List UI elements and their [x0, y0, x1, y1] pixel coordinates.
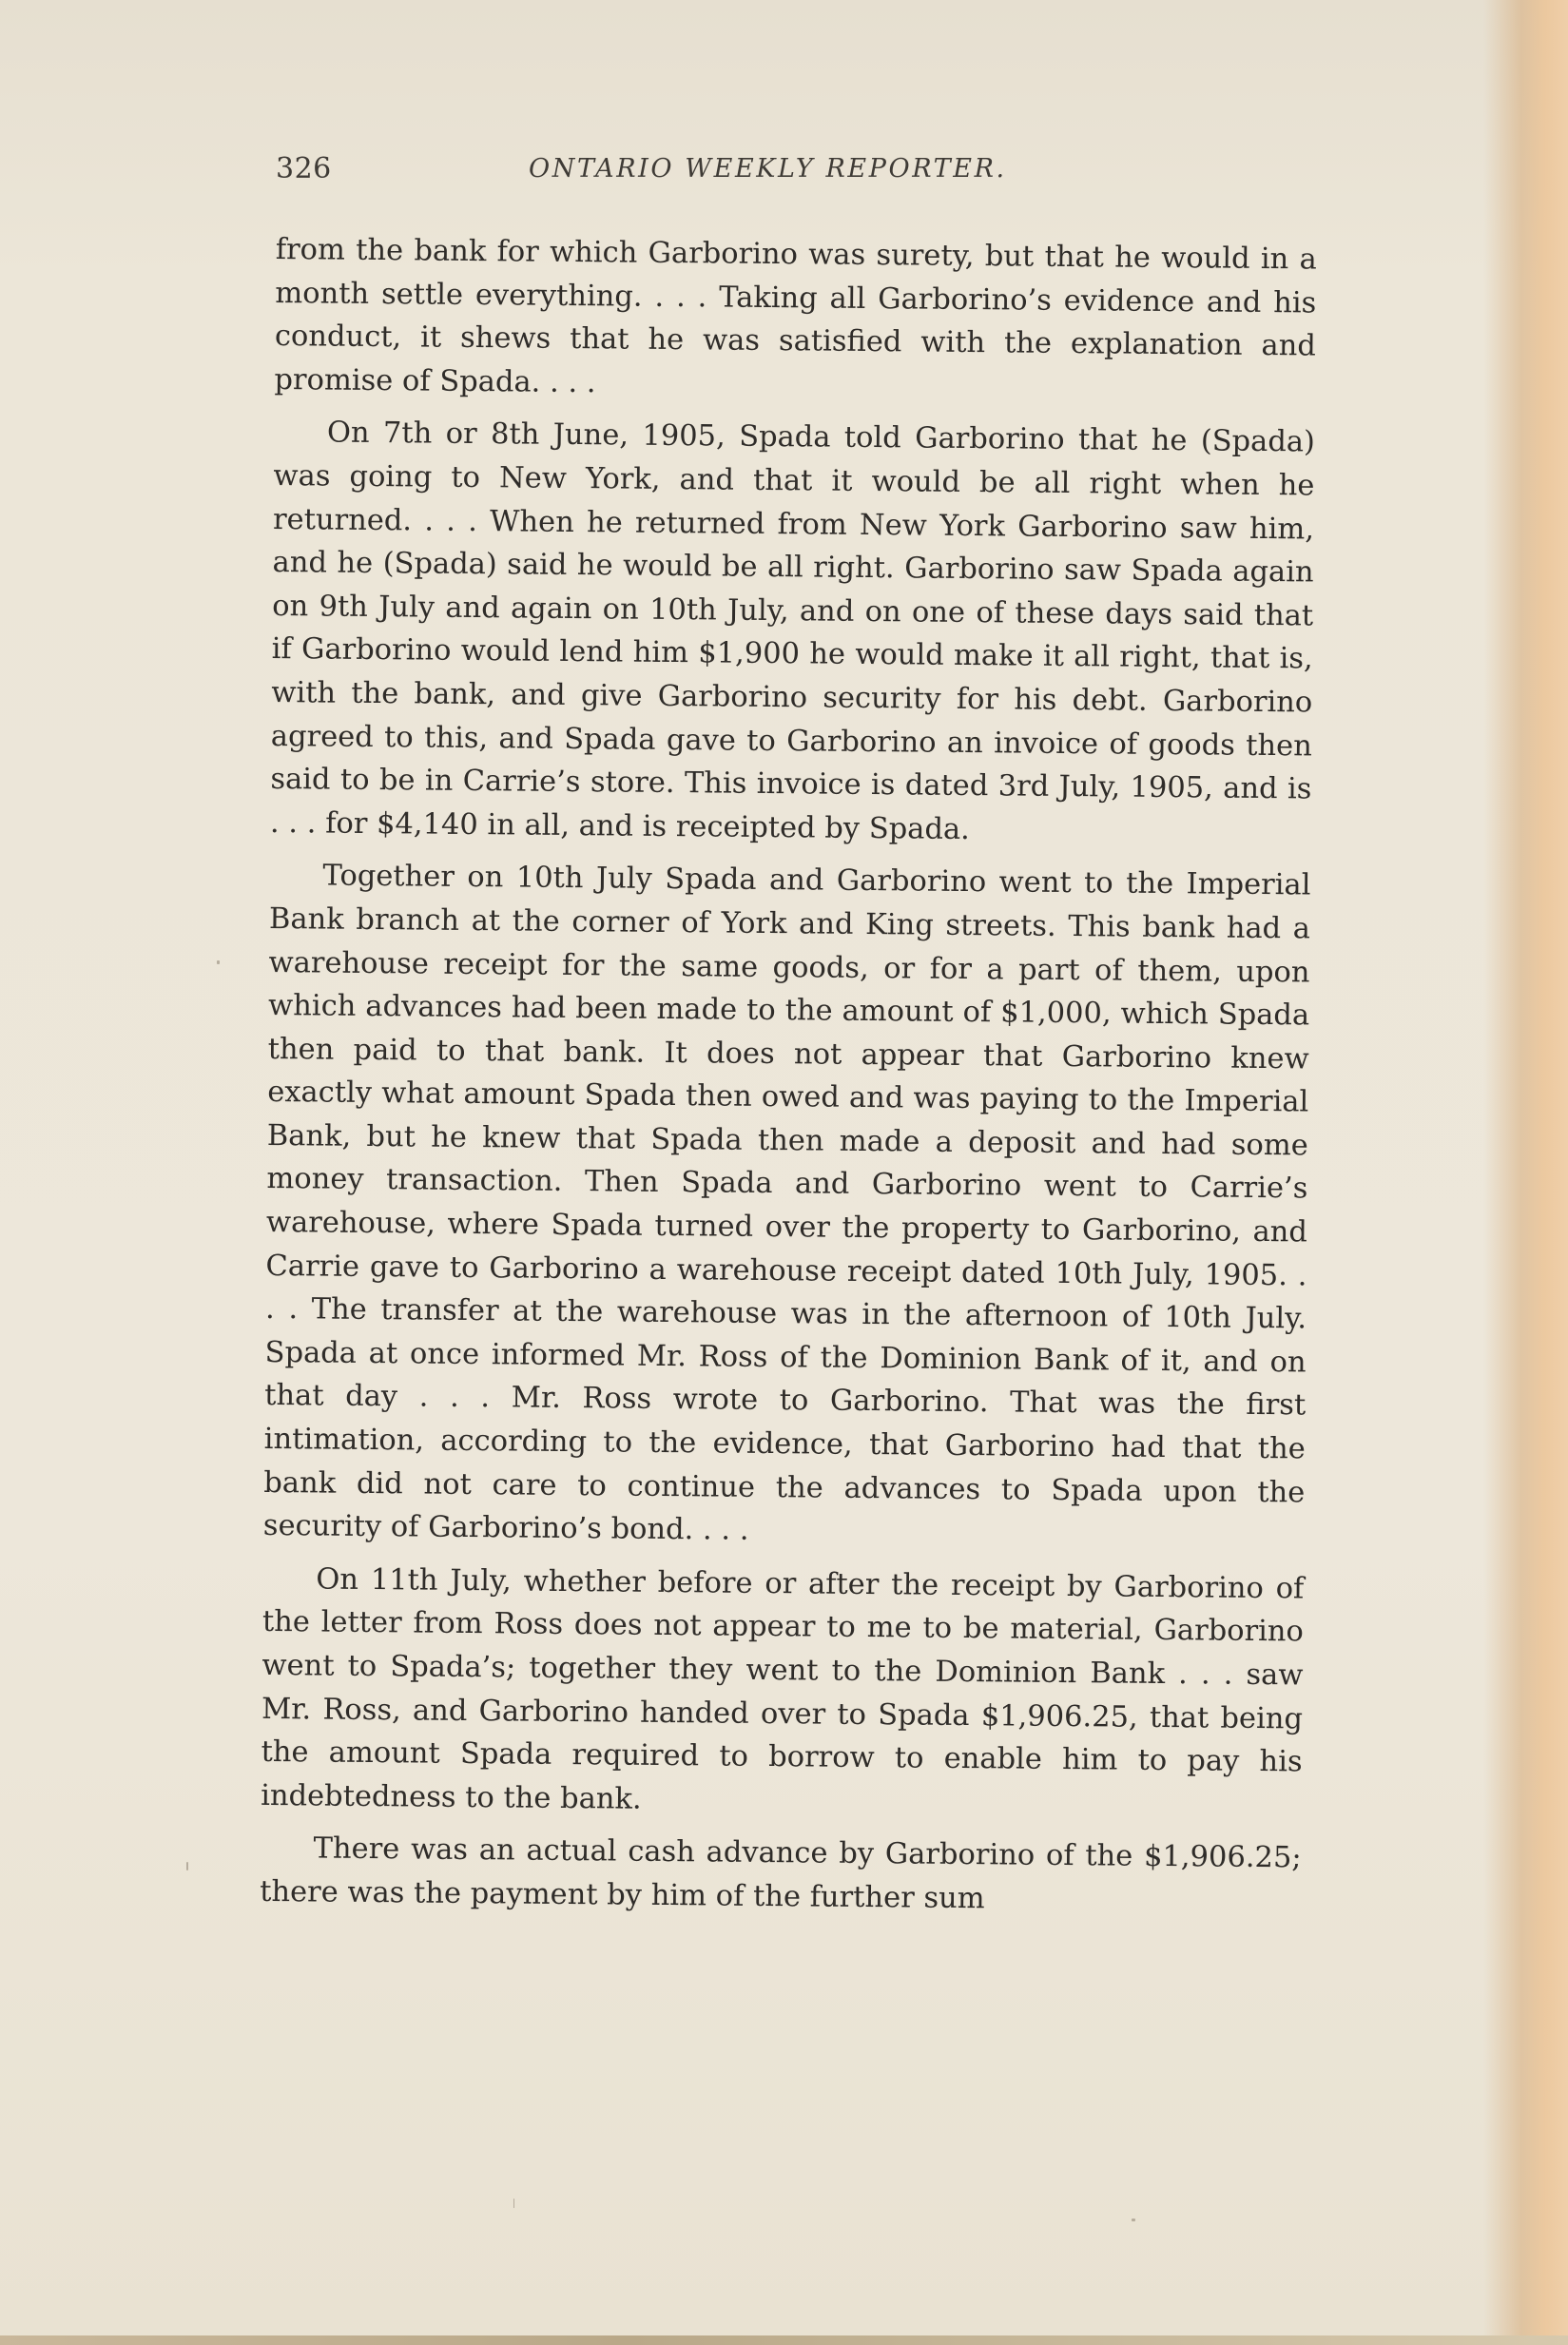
book-page: 326 ONTARIO WEEKLY REPORTER. from the ba… — [0, 0, 1568, 2345]
paper-fleck — [513, 2199, 514, 2208]
running-title: ONTARIO WEEKLY REPORTER. — [529, 154, 1007, 184]
page-number: 326 — [276, 152, 332, 185]
paragraph-1: from the bank for which Garborino was su… — [274, 228, 1317, 412]
paper-fleck — [1132, 2219, 1135, 2221]
paragraph-3: Together on 10th July Spada and Garborin… — [263, 854, 1311, 1558]
paper-fleck — [186, 1862, 188, 1870]
body-text: from the bank for which Garborino was su… — [260, 228, 1317, 1924]
paragraph-5: There was an actual cash advance by Garb… — [260, 1827, 1302, 1924]
page-header: 326 ONTARIO WEEKLY REPORTER. — [276, 152, 1331, 190]
paragraph-4: On 11th July, whether before or after th… — [261, 1558, 1305, 1828]
paragraph-2: On 7th or 8th June, 1905, Spada told Gar… — [270, 411, 1315, 854]
paper-fleck — [217, 960, 220, 964]
